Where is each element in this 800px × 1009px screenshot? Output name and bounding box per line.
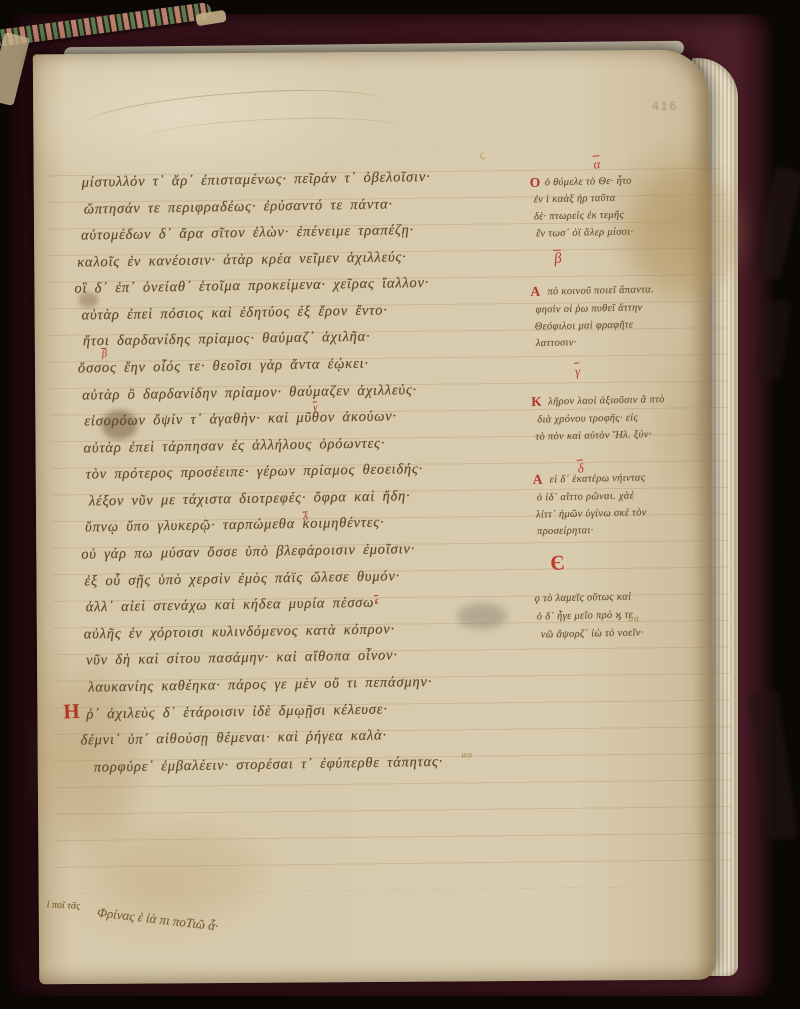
scholion-line: ὁ ἰδ᾽ αἴττο ρῶναι. χὰὲ [537, 491, 634, 504]
ref-mark: δ [302, 512, 308, 523]
stain [630, 169, 741, 295]
footer-note: ἰ ποῖ τᾶς [46, 899, 80, 912]
scholion-initial: Κ [531, 394, 542, 410]
scholion-line: προσείρηται· [537, 525, 594, 537]
scholion-line: διὰ χρόνου τροφῆς· εἰς [537, 412, 638, 425]
scholion-superscript: σα [629, 613, 640, 623]
superscript-correction: αο [462, 749, 473, 759]
scholion-line: νῶ ἄψορζ᾽ ἰὼ τὸ νοεῖν· [541, 627, 644, 640]
scholion-number: α [593, 156, 602, 173]
ref-mark: β [101, 349, 107, 360]
scholion-initial: Ο [530, 175, 541, 191]
scholion-line: ὁ θύμελε τὸ Θε· ἦτο [545, 176, 632, 189]
scholion-line: λίττ᾽ ἡμῶν ὑγίνω σκέ τὸν [536, 507, 647, 520]
scholion-line: λαττοσιν· [536, 337, 577, 349]
scholion-line: ϙ τὸ λαμεῖς οὕτως καὶ [534, 592, 631, 605]
scholion-line: Θεόφιλοι μαὶ φραφῆτε [535, 319, 634, 332]
rubric-initial-eta: Η [63, 699, 80, 725]
scholion-initial: Α [530, 284, 540, 300]
scholion-line: ὁ δ᾽ ἦγε μεῖο πρὸ ϗ τε [537, 610, 634, 623]
scholion-number: Є [549, 550, 565, 576]
scholion-line: πὸ κοινοῦ ποιεῖ ἅπαντα. [547, 284, 654, 297]
scholion-line: φησὶν οἱ ῥω πυθεῖ ἅττην [535, 302, 642, 315]
manuscript-photo: 416 ϛ μίστυλλόν τ᾽ ἄρ᾽ ἐπισταμένως· πεῖρ… [0, 0, 800, 1009]
parchment-page: 416 ϛ μίστυλλόν τ᾽ ἄρ᾽ ἐπισταμένως· πεῖρ… [33, 50, 715, 985]
stain [98, 823, 269, 914]
ref-mark: ε [374, 596, 379, 607]
scholion-line: ἐν ὶ καὰξ ἡρ ταῦτα [534, 193, 616, 206]
scholion-line: ἔν τωσ᾽ ὀϊ ἄλερ μίσοι· [536, 227, 634, 240]
scholion-line: δὲ· πτωρεὶς ἐκ τεμῆς [534, 210, 624, 223]
scholion-line: εὶ δ᾽ ἑκατέρω νήιντας [550, 472, 646, 485]
folio-number: 416 [652, 99, 678, 113]
scholion-initial: Α [533, 472, 543, 488]
